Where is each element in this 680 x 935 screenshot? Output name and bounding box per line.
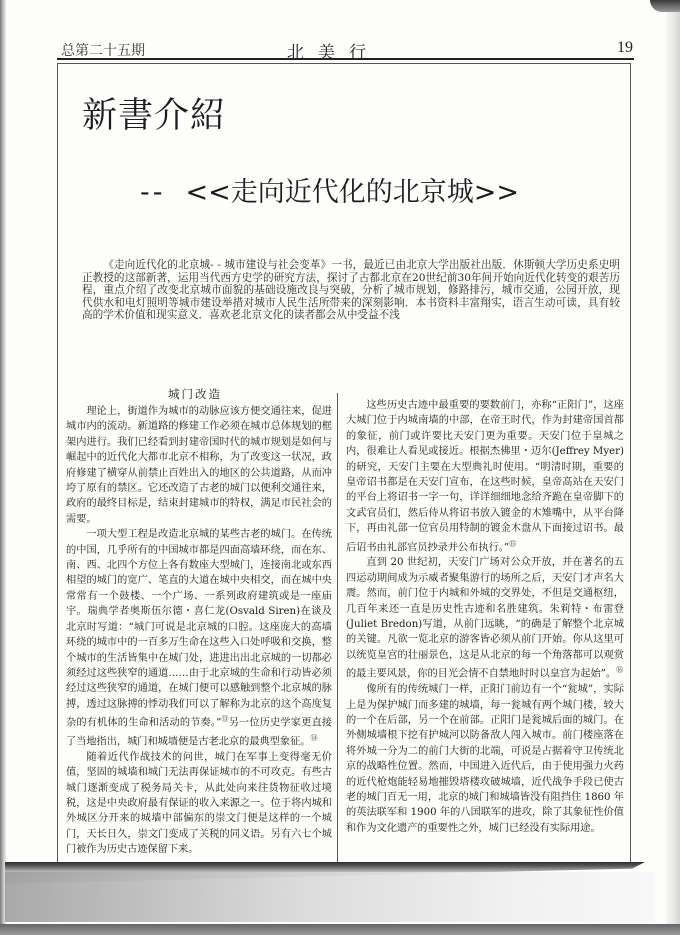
- paragraph: 直到 20 世纪初，天安门广场对公众开放，并在著名的五四运动期间成为示威者聚集游…: [346, 555, 624, 682]
- section-heading: 城门改造: [168, 386, 222, 402]
- paragraph-text: 理论上，街道作为城市的动脉应该方便交通往来，促进城市内的流动。新道路的修建工作必…: [66, 406, 332, 525]
- paragraph: 一项大型工程是改造北京城的某些古老的城门。在传统的中国，几乎所有的中国城市都是四…: [66, 527, 332, 749]
- paragraph-text: 一项大型工程是改造北京城的某些古老的城门。在传统的中国，几乎所有的中国城市都是四…: [66, 529, 332, 728]
- paragraph: 随着近代作战技术的问世，城门在军事上变得毫无价值，坚固的城墙和城门无法再保证城市…: [66, 750, 332, 858]
- paragraph-text: 像所有的传统城门一样，正阳门前边有一个“瓮城”，实际上是为保护城门而多建的城墙，…: [346, 684, 624, 834]
- footnote-marker: ⑮: [509, 540, 516, 548]
- book-subtitle: --<<走向近代化的北京城>>: [140, 170, 519, 209]
- running-header: 总第二十五期 北美行 19: [57, 36, 633, 58]
- footnote-marker: ⑬: [221, 715, 228, 723]
- scan-corner-shadow: [650, 0, 680, 12]
- paragraph-text: 直到 20 世纪初，天安门广场对公众开放，并在著名的五四运动期间成为示威者聚集游…: [346, 557, 624, 679]
- paragraph: 这些历史古迹中最重要的要数前门，亦称“正阳门”，这座大城门位于内城南墙的中部，在…: [346, 398, 624, 555]
- book-title: <<走向近代化的北京城>>: [186, 177, 520, 208]
- paragraph-text: 这些历史古迹中最重要的要数前门，亦称“正阳门”，这座大城门位于内城南墙的中部，在…: [346, 400, 624, 553]
- scan-bottom-edge: [0, 924, 680, 935]
- header-rule: [57, 58, 634, 60]
- intro-paragraph: 《走向近代化的北京城- - 城市建设与社会变革》一书，最近已由北京大学出版社出版…: [82, 259, 620, 322]
- paragraph: 像所有的传统城门一样，正阳门前边有一个“瓮城”，实际上是为保护城门而多建的城墙，…: [346, 682, 624, 836]
- right-column: 这些历史古迹中最重要的要数前门，亦称“正阳门”，这座大城门位于内城南墙的中部，在…: [346, 398, 624, 836]
- subtitle-dash: --: [140, 177, 166, 208]
- column-divider: [337, 393, 338, 863]
- footnote-marker: ⑯: [616, 666, 623, 674]
- scan-right-edge: [666, 0, 680, 935]
- scan-left-edge: [0, 0, 6, 935]
- issue-number: 总第二十五期: [61, 40, 145, 60]
- left-column: 理论上，街道作为城市的动脉应该方便交通往来，促进城市内的流动。新道路的修建工作必…: [66, 404, 332, 858]
- page-title: 新書介紹: [82, 88, 226, 138]
- page-number: 19: [617, 39, 633, 57]
- scan-bottom-band: [5, 872, 655, 922]
- footnote-marker: ⑭: [311, 734, 318, 742]
- paragraph-text: 随着近代作战技术的问世，城门在军事上变得毫无价值，坚固的城墙和城门无法再保证城市…: [66, 752, 332, 855]
- paragraph: 理论上，街道作为城市的动脉应该方便交通往来，促进城市内的流动。新道路的修建工作必…: [66, 404, 332, 527]
